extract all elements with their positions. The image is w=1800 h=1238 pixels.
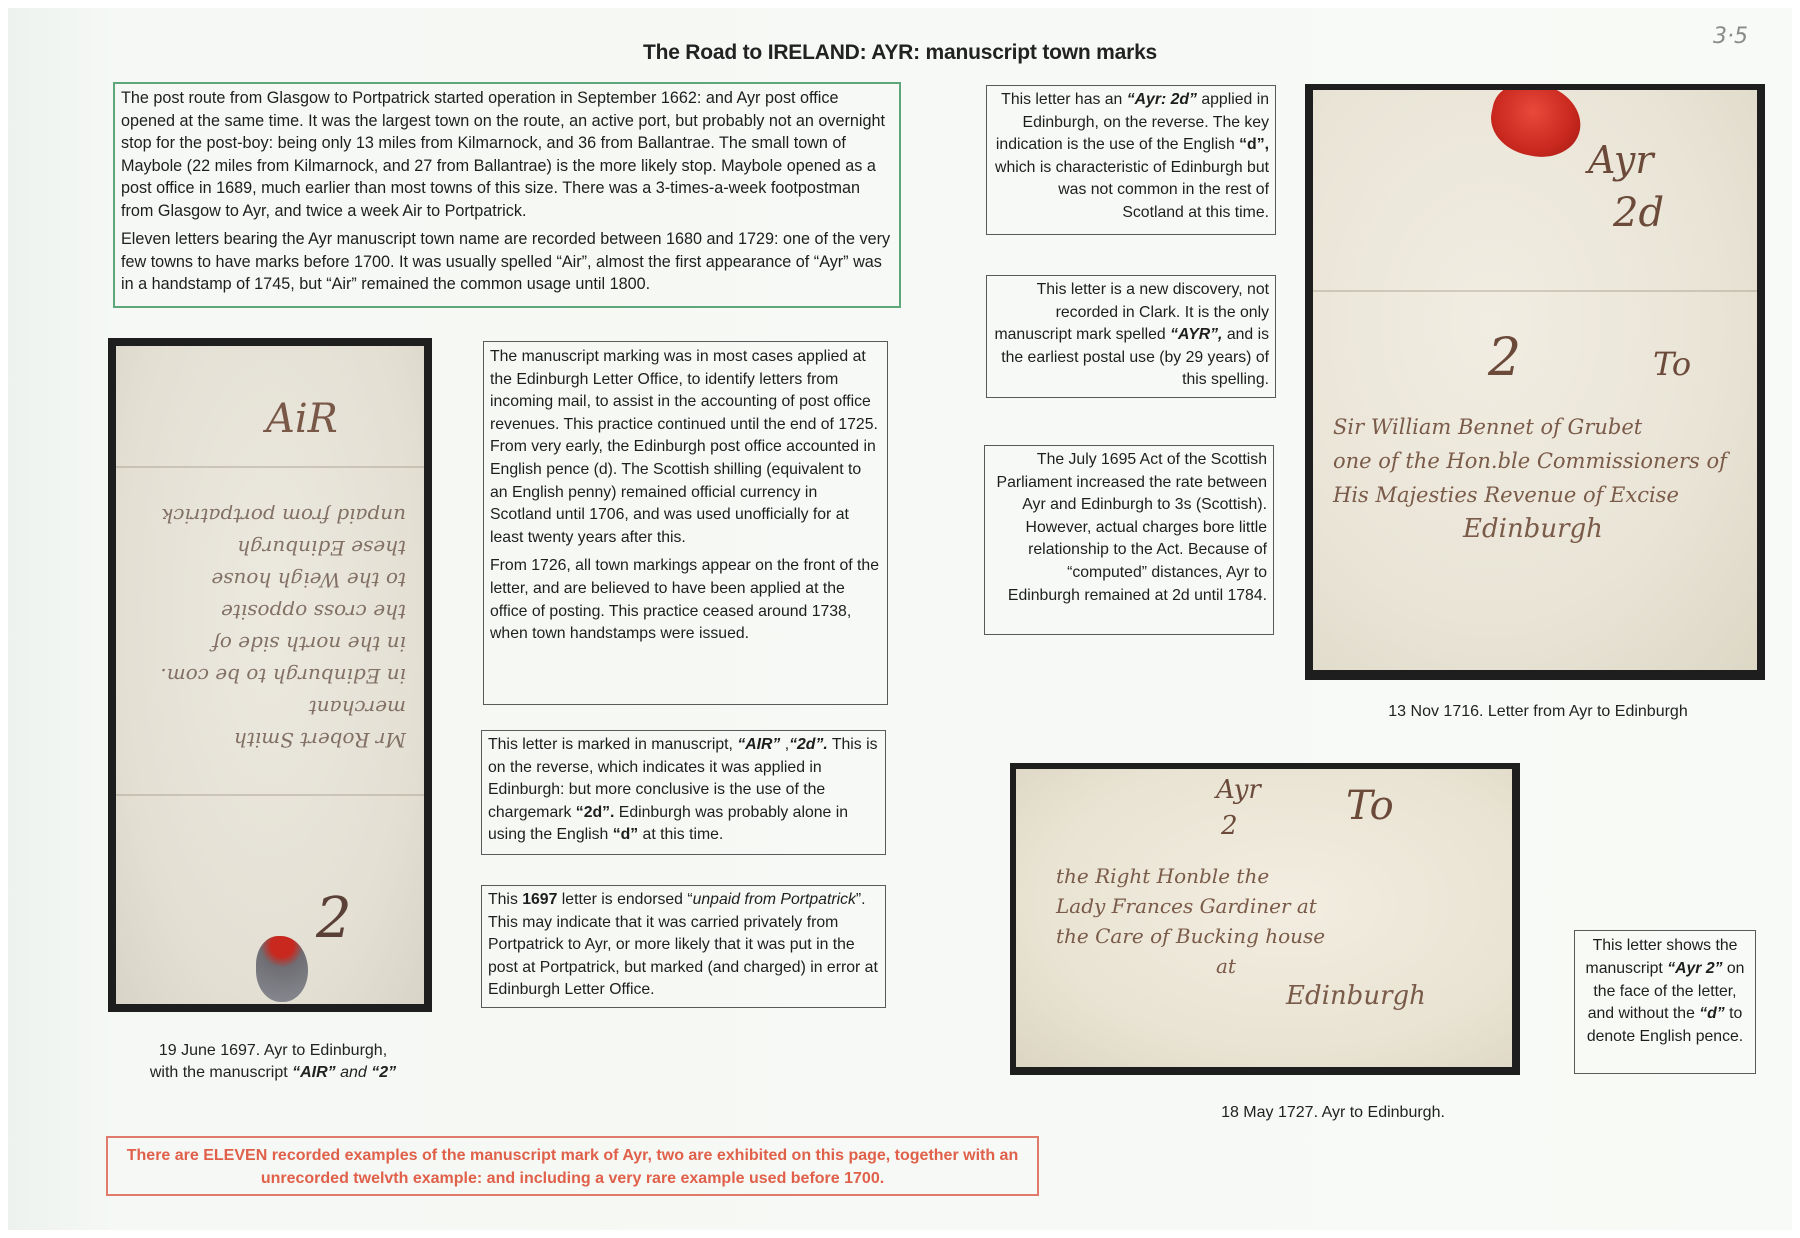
letter-1697-image: AiR 2 Mr Robert Smith merchantin Edinbur… — [108, 338, 432, 1012]
exhibit-page: The Road to IRELAND: AYR: manuscript tow… — [8, 8, 1792, 1230]
red-wax-seal — [1484, 90, 1587, 165]
manuscript-2d-mark: 2d — [1613, 190, 1664, 236]
to-mark: To — [1346, 783, 1394, 829]
letter-1697-caption: 19 June 1697. Ayr to Edinburgh, with the… — [108, 1040, 438, 1084]
address-block: the Right Honble the Lady Frances Gardin… — [1056, 861, 1496, 1011]
caption-line-1: 19 June 1697. Ayr to Edinburgh, — [108, 1040, 438, 1062]
endorsement-note: This 1697 letter is endorsed “unpaid fro… — [481, 885, 886, 1008]
letter-1727-image: Ayr 2 To the Right Honble the Lady Franc… — [1010, 763, 1520, 1075]
manuscript-air-mark: AiR — [266, 396, 338, 442]
address-line: Sir William Bennet of Grubet — [1333, 410, 1733, 444]
address-line: one of the Hon.ble Commissioners of — [1333, 444, 1733, 478]
inverted-address: Mr Robert Smith merchantin Edinburgh to … — [136, 526, 406, 756]
letter-1727-caption: 18 May 1727. Ayr to Edinburgh. — [1168, 1102, 1498, 1124]
to-mark: To — [1653, 345, 1691, 383]
letter-1716-image: Ayr 2d 2 To Sir William Bennet of Grubet… — [1305, 84, 1765, 680]
address-line: at — [1056, 951, 1496, 981]
address-line: Edinburgh — [1333, 512, 1733, 546]
caption-line-2: with the manuscript “AIR” and “2” — [108, 1062, 438, 1084]
new-discovery-note: This letter is a new discovery, not reco… — [986, 275, 1276, 398]
address-line: Lady Frances Gardiner at — [1056, 891, 1496, 921]
intro-box: The post route from Glasgow to Portpatri… — [113, 82, 901, 308]
address-line: His Majesties Revenue of Excise — [1333, 478, 1733, 512]
address-line: Edinburgh — [1056, 981, 1496, 1011]
ayr-2d-reverse-note: This letter has an “Ayr: 2d” applied in … — [986, 85, 1276, 235]
manuscript-ayr-mark: Ayr — [1588, 138, 1654, 182]
letter-paper: Ayr 2 To the Right Honble the Lady Franc… — [1016, 769, 1512, 1067]
address-line: the Care of Bucking house — [1056, 921, 1496, 951]
address-line: the Right Honble the — [1056, 861, 1496, 891]
manuscript-2-mark: 2 — [316, 886, 352, 951]
act-1695-note: The July 1695 Act of the Scottish Parlia… — [984, 445, 1274, 635]
marking-practice-note: The manuscript marking was in most cases… — [483, 341, 888, 705]
footer-summary-note: There are ELEVEN recorded examples of th… — [106, 1136, 1039, 1196]
intro-paragraph-1: The post route from Glasgow to Portpatri… — [121, 87, 893, 222]
manuscript-ayr-mark: Ayr — [1216, 775, 1261, 805]
wax-seal-remnant — [256, 936, 308, 1002]
charge-2-mark: 2 — [1221, 811, 1238, 841]
letter-paper: Ayr 2d 2 To Sir William Bennet of Grubet… — [1313, 90, 1757, 670]
marking-paragraph-1: The manuscript marking was in most cases… — [490, 346, 881, 549]
air-2d-note: This letter is marked in manuscript, “AI… — [481, 730, 886, 855]
letter-paper: AiR 2 Mr Robert Smith merchantin Edinbur… — [116, 346, 424, 1004]
address-block: Sir William Bennet of Grubet one of the … — [1333, 410, 1733, 546]
letter-1716-caption: 13 Nov 1716. Letter from Ayr to Edinburg… — [1338, 701, 1738, 723]
marking-paragraph-2: From 1726, all town markings appear on t… — [490, 555, 881, 645]
charge-2-mark: 2 — [1488, 328, 1521, 388]
intro-paragraph-2: Eleven letters bearing the Ayr manuscrip… — [121, 228, 893, 296]
ayr-2-face-note: This letter shows the manuscript “Ayr 2”… — [1574, 930, 1756, 1074]
page-title: The Road to IRELAND: AYR: manuscript tow… — [8, 41, 1792, 65]
page-number: 3·5 — [1713, 24, 1748, 49]
